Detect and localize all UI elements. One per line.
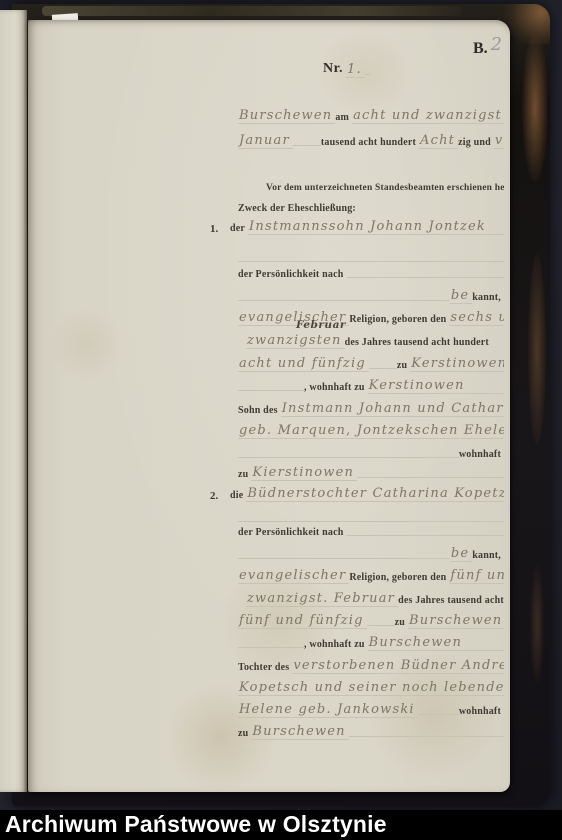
bride-parents-residence-entry: Burschewen (251, 724, 348, 740)
bride-name-line: 2. die Büdnerstochter Catharina Kopetzki (210, 484, 504, 502)
blank-rule (238, 457, 459, 458)
groom-birthday-entry-2: zwanzigsten (246, 333, 345, 349)
printed-zig-und: zig und (458, 137, 494, 149)
blank-rule (293, 145, 321, 146)
record-month-entry: Januar (238, 133, 293, 149)
bride-birthplace-line: fünf und fünfzig zu Burschewen (238, 611, 504, 629)
bride-bekannt-line: be kannt, (238, 544, 504, 562)
printed-kannt: kannt, (472, 292, 504, 304)
printed-religion-geboren: Religion, geboren den (349, 572, 449, 584)
groom-parents-line-2: geb. Marquen, Jontzekschen Eheleute (238, 421, 504, 439)
folio-mark: B. 2 (473, 40, 502, 66)
printed-wohnhaft: wohnhaft (459, 449, 504, 461)
printed-tausend: tausend acht hundert (321, 137, 419, 149)
groom-parents-line-1: Sohn des Instmann Johann und Catharina (238, 399, 504, 417)
intro-line-2: Zweck der Eheschließung: (238, 197, 504, 215)
groom-identity-line: der Persönlichkeit nach (238, 263, 504, 281)
record-day-entry: acht und zwanzigst — (352, 108, 504, 124)
cover-edge-wear (530, 564, 544, 684)
blank-rule (238, 390, 304, 391)
intro-line-1: Vor dem unterzeichneten Standesbeamten e… (238, 176, 504, 194)
groom-birthday-entry-1: sechs und (449, 310, 504, 326)
bride-birthday-entry-2: zwanzigst. Februar (246, 591, 398, 607)
bride-religion-entry: evangelischer (238, 568, 349, 584)
cover-top-edge-wear (42, 6, 462, 16)
bride-parents-residence-line: zu Burschewen (238, 722, 504, 740)
bride-parents-entry-1: verstorbenen Büdner Andreas (292, 658, 504, 674)
printed-wohnhaft-zu: , wohnhaft zu (304, 382, 368, 394)
bride-residence-entry: Burschewen (368, 635, 504, 651)
groom-parents-entry-1: Instmann Johann und Catharina (281, 401, 504, 417)
groom-wohnhaft-line: wohnhaft (238, 443, 504, 461)
groom-birthplace-entry: Kerstinowen (410, 356, 504, 372)
groom-residence-line: , wohnhaft zu Kerstinowen (238, 376, 504, 394)
bride-birthday-entry-1: fünf und (449, 568, 504, 584)
bride-identity-line: der Persönlichkeit nach (238, 521, 504, 539)
bride-number: 2. (210, 490, 230, 502)
printed-wohnhaft-zu: , wohnhaft zu (304, 639, 368, 651)
record-number-label: Nr. (323, 61, 346, 78)
folio-pencil-number: 2 (491, 34, 502, 55)
printed-wohnhaft: wohnhaft (459, 706, 504, 718)
blank-rule (347, 535, 504, 536)
opposite-page-edge (0, 10, 27, 792)
bride-parents-entry-3: Helene geb. Jankowski (238, 702, 418, 718)
cover-edge-wear (528, 254, 546, 444)
groom-residence-entry: Kerstinowen (368, 378, 504, 394)
blank-rule (238, 300, 450, 301)
printed-am: am (335, 112, 352, 124)
printed-persoenlichkeit: der Persönlichkeit nach (238, 527, 347, 539)
printed-zu: zu (395, 617, 408, 629)
record-place-entry: Burschewen (238, 108, 335, 124)
groom-name-line: 1. der Instmannssohn Johann Jontzek (210, 217, 504, 235)
groom-number: 1. (210, 223, 230, 235)
blank-rule (369, 368, 397, 369)
bride-year-entry: fünf und fünfzig (238, 613, 367, 629)
record-year-unit-entry: vier (494, 133, 504, 149)
blank-rule (238, 647, 304, 648)
blank-rule (238, 261, 504, 262)
cover-corner-wear (504, 4, 550, 44)
bride-parents-line-1: Tochter des verstorbenen Büdner Andreas (238, 656, 504, 674)
printed-zu: zu (238, 728, 251, 740)
groom-bekannt-line: be kannt, (238, 286, 504, 304)
blank-rule (357, 477, 504, 478)
groom-parents-residence-entry: Kierstinowen (251, 465, 357, 481)
printed-zu: zu (397, 360, 410, 372)
bride-parents-entry-2: Kopetsch und seiner noch lebenden Ehefra… (238, 680, 504, 696)
groom-month-insert-entry: Februar (296, 319, 346, 331)
archive-name-label: Archiwum Państwowe w Olsztynie (5, 811, 387, 838)
archival-scan: B. 2 Nr. 1. Burschewen am acht und zwanz… (0, 0, 562, 840)
registry-page: B. 2 Nr. 1. Burschewen am acht und zwanz… (28, 20, 510, 792)
bride-parents-line-2: Kopetsch und seiner noch lebenden Ehefra… (238, 678, 504, 696)
printed-sohn-des: Sohn des (238, 405, 281, 417)
cover-edge-wear (522, 32, 548, 182)
blank-rule (367, 625, 395, 626)
bride-birthplace-entry: Burschewen (408, 613, 504, 629)
bride-birthyear-line: zwanzigst. Februar des Jahres tausend ac… (238, 589, 504, 607)
printed-tochter-des: Tochter des (238, 662, 292, 674)
folio-letter: B. (473, 40, 488, 58)
printed-des-jahres: des Jahres tausend acht hundert (345, 337, 492, 349)
record-number-line: Nr. 1. (323, 60, 370, 78)
printed-religion-geboren: Religion, geboren den (349, 314, 449, 326)
bride-be-entry: be (450, 546, 472, 562)
blank-rule (418, 714, 459, 715)
record-number-value: 1. (346, 62, 365, 78)
blank-rule (347, 277, 504, 278)
printed-intro-1: Vor dem unterzeichneten Standesbeamten e… (266, 183, 504, 194)
groom-name-entry: Instmannssohn Johann Jontzek (248, 219, 504, 235)
groom-religion-line: evangelischer Religion, geboren den sech… (238, 308, 504, 326)
printed-persoenlichkeit: der Persönlichkeit nach (238, 269, 347, 281)
printed-kannt: kannt, (472, 550, 504, 562)
bride-religion-line: evangelischer Religion, geboren den fünf… (238, 566, 504, 584)
record-year-tens-entry: Acht (419, 133, 458, 149)
groom-parents-residence-line: zu Kierstinowen (238, 463, 504, 481)
groom-birthplace-line: acht und fünfzig zu Kerstinowen (238, 354, 504, 372)
blank-rule (349, 736, 504, 737)
blank-rule (365, 74, 370, 75)
date-line-2: Januar tausend acht hundert Acht zig und… (238, 131, 504, 149)
groom-birthyear-line: zwanzigsten des Jahres tausend acht hund… (238, 331, 504, 349)
printed-des-jahres: des Jahres tausend acht hundert (398, 595, 504, 607)
groom-year-entry: acht und fünfzig (238, 356, 369, 372)
blank-rule (238, 558, 450, 559)
groom-parents-entry-2: geb. Marquen, Jontzekschen Eheleute (238, 423, 504, 439)
bride-residence-line: , wohnhaft zu Burschewen (238, 633, 504, 651)
printed-intro-2: Zweck der Eheschließung: (238, 203, 359, 215)
printed-zu: zu (238, 469, 251, 481)
date-line-1: Burschewen am acht und zwanzigst — ten (238, 106, 504, 124)
bride-parents-line-3: Helene geb. Jankowski wohnhaft (238, 700, 504, 718)
printed-der: der (230, 223, 248, 235)
groom-be-entry: be (450, 288, 472, 304)
printed-die: die (230, 490, 246, 502)
bride-name-entry: Büdnerstochter Catharina Kopetzki (246, 486, 504, 502)
archive-watermark-bar: Archiwum Państwowe w Olsztynie (0, 810, 562, 840)
